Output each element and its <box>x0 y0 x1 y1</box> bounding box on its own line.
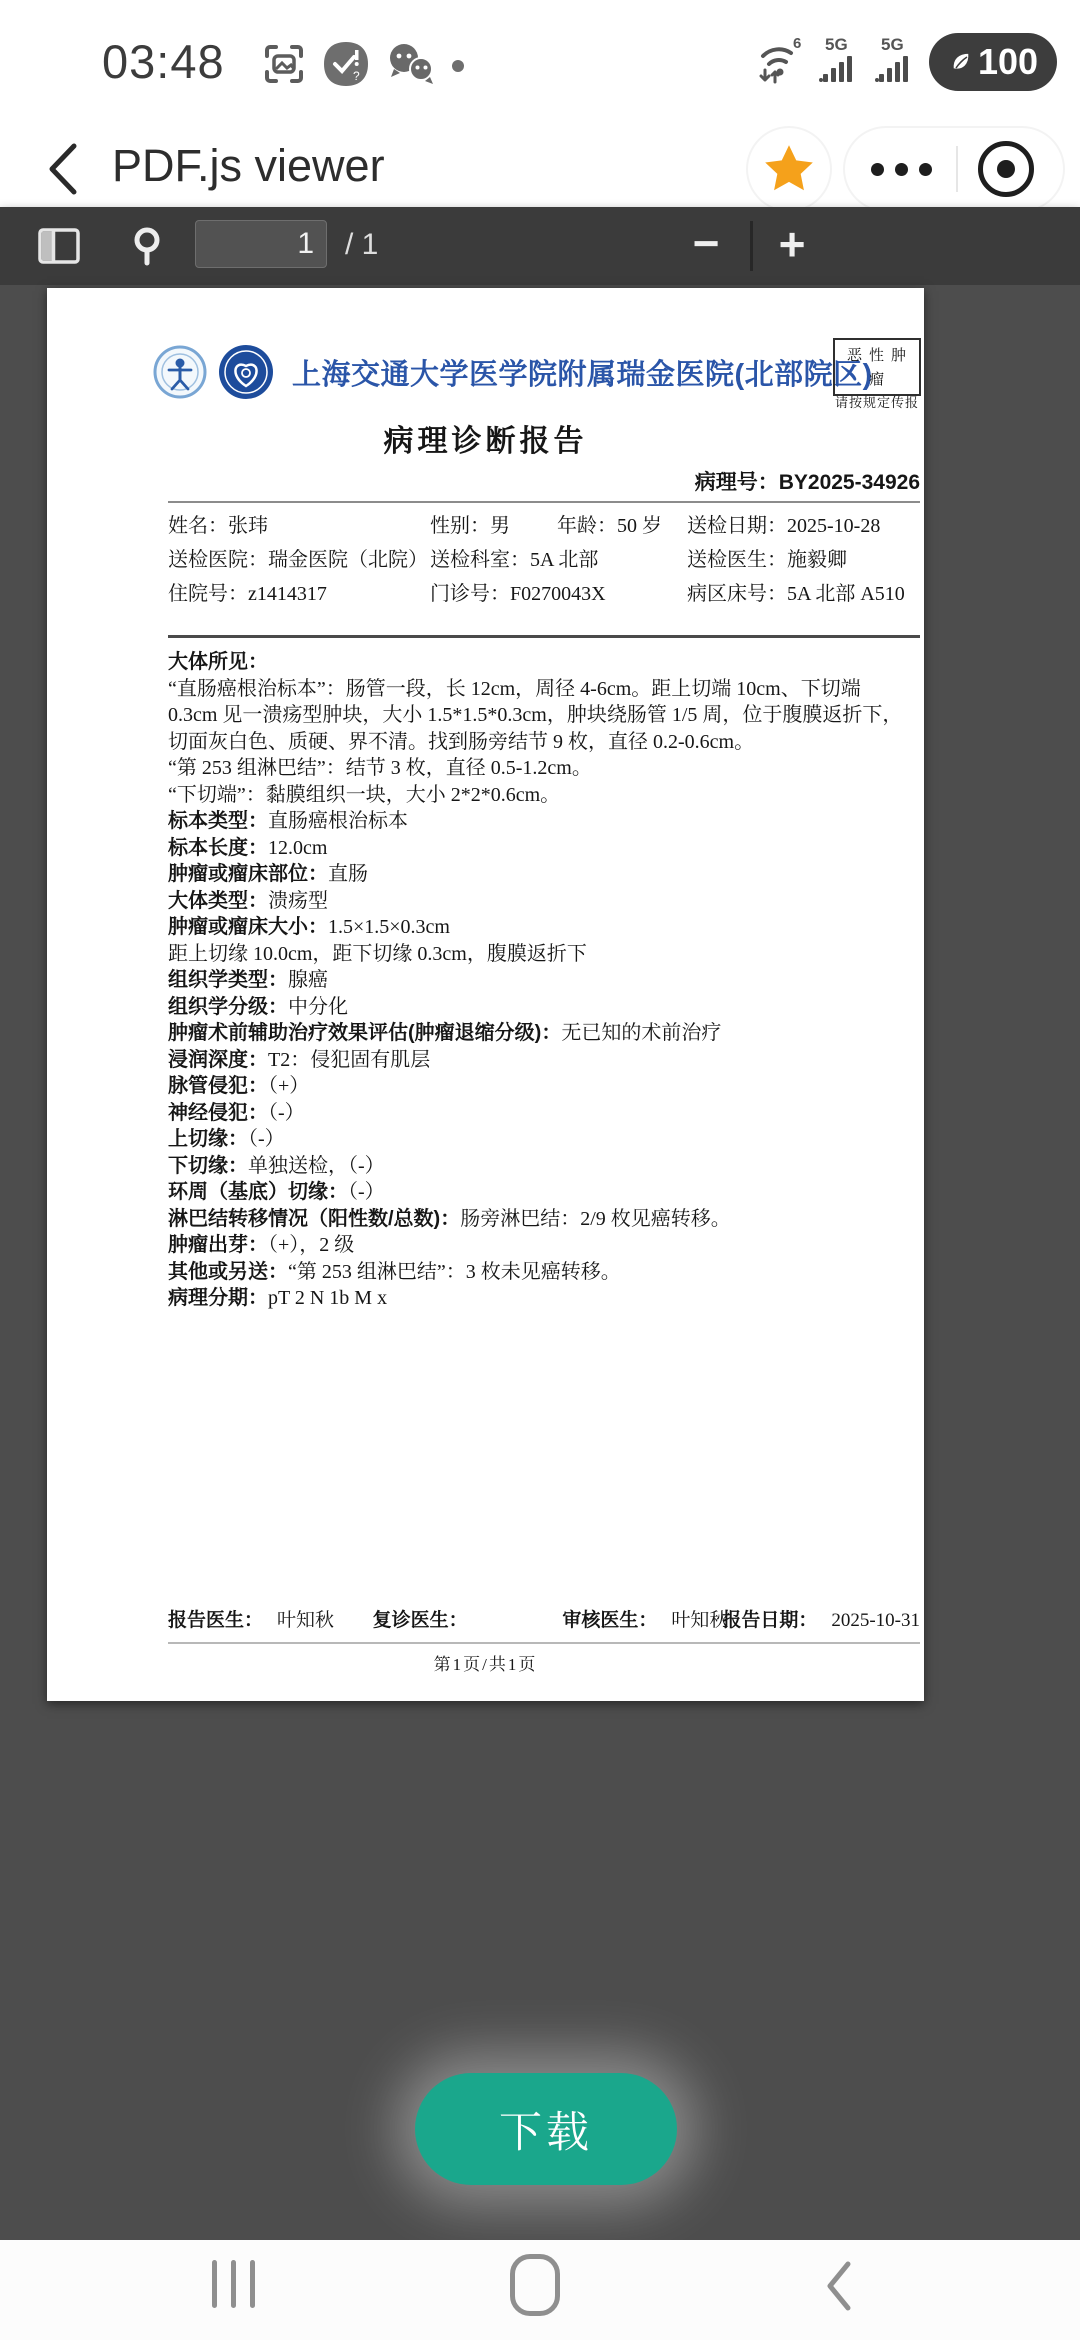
cellular-5g-icon-2: 5G <box>873 34 917 91</box>
notice-line1: 恶性肿瘤 <box>841 344 919 392</box>
info-cell: 送检日期：2025-10-28 <box>687 509 880 543</box>
status-system-icons: 6 5G 5G 100 <box>753 32 1057 92</box>
report-line: “下切端”：黏膜组织一块，大小 2*2*0.6cm。 <box>168 782 924 809</box>
browser-menu-pill <box>845 128 1063 210</box>
pdf-viewer-area[interactable]: 上海交通大学医学院附属瑞金医院(北部院区) 恶性肿瘤 请按规定传报 病理诊断报告… <box>0 285 1080 2240</box>
report-line: 浸润深度：T2：侵犯固有肌层 <box>168 1047 924 1074</box>
favorite-button[interactable] <box>748 128 830 210</box>
signature-cell: 报告日期：2025-10-31 <box>722 1606 920 1636</box>
report-title: 病理诊断报告 <box>47 416 924 460</box>
page-number-input[interactable] <box>195 220 327 268</box>
report-line: 神经侵犯：（-） <box>168 1100 924 1127</box>
divider <box>168 501 920 503</box>
report-page: 上海交通大学医学院附属瑞金医院(北部院区) 恶性肿瘤 请按规定传报 病理诊断报告… <box>47 288 924 1701</box>
report-line: 切面灰白色、质硬、界不清。找到肠旁结节 9 枚，直径 0.2-0.6cm。 <box>168 729 924 756</box>
zoom-out-button[interactable]: − <box>676 207 736 285</box>
more-menu-button[interactable] <box>871 163 932 176</box>
download-label: 下载 <box>499 2099 593 2160</box>
report-line: 上切缘：（-） <box>168 1126 924 1153</box>
info-cell: 性别：男 <box>430 509 557 543</box>
report-line: 组织学分级：中分化 <box>168 994 924 1021</box>
malignancy-notice-box: 恶性肿瘤 请按规定传报 <box>833 338 921 396</box>
browser-header: PDF.js viewer <box>0 130 1080 207</box>
signature-cell: 复诊医生： <box>373 1606 563 1636</box>
report-line: 距上切缘 10.0cm，距下切缘 0.3cm，腹膜返折下 <box>168 941 924 968</box>
info-row: 姓名：张玮性别：男年龄：50 岁送检日期：2025-10-28 <box>168 509 924 543</box>
info-cell: 送检医院：瑞金医院（北院） <box>168 543 430 577</box>
wechat-icon <box>386 41 436 92</box>
report-line: 标本类型：直肠癌根治标本 <box>168 808 924 835</box>
toolbar-divider <box>750 221 753 271</box>
recents-button[interactable] <box>212 2260 255 2308</box>
status-notification-icons: ? <box>262 40 464 92</box>
report-line: 脉管侵犯：（+） <box>168 1073 924 1100</box>
clock: 03:48 <box>102 34 225 89</box>
report-line: 淋巴结转移情况（阳性数/总数)：肠旁淋巴结：2/9 枚见癌转移。 <box>168 1206 924 1233</box>
report-line: 肿瘤或瘤床大小：1.5×1.5×0.3cm <box>168 914 924 941</box>
battery-indicator: 100 <box>929 33 1057 91</box>
info-cell: 年龄：50 岁 <box>557 509 687 543</box>
zoom-in-button[interactable]: + <box>762 207 822 285</box>
info-cell: 姓名：张玮 <box>168 509 430 543</box>
info-cell: 病区床号：5A 北部 A510 <box>687 577 905 611</box>
info-cell: 送检科室：5A 北部 <box>430 543 687 577</box>
wifi-icon: 6 <box>753 34 805 91</box>
info-cell: 送检医生：施毅卿 <box>687 543 847 577</box>
notification-dot <box>452 60 464 72</box>
star-icon <box>761 141 817 197</box>
report-line: 0.3cm 见一溃疡型肿块，大小 1.5*1.5*0.3cm，肿块绕肠管 1/5… <box>168 702 924 729</box>
page-title: PDF.js viewer <box>112 130 385 207</box>
download-button[interactable]: 下载 <box>415 2073 677 2185</box>
patient-info: 姓名：张玮性别：男年龄：50 岁送检日期：2025-10-28 送检医院：瑞金医… <box>168 509 924 611</box>
report-line: 其他或另送：“第 253 组淋巴结”：3 枚未见癌转移。 <box>168 1259 924 1286</box>
page-indicator: 第1页/共1页 <box>47 1650 924 1675</box>
battery-percent: 100 <box>978 41 1038 83</box>
svg-text:?: ? <box>353 69 360 83</box>
back-button[interactable] <box>40 138 92 205</box>
hospital-name: 上海交通大学医学院附属瑞金医院(北部院区) <box>292 352 873 393</box>
signature-cell: 报告医生：叶知秋 <box>168 1606 373 1636</box>
pdfjs-toolbar: / 1 − + <box>0 207 1080 287</box>
sidebar-toggle-button[interactable] <box>38 228 80 269</box>
report-line: 大体所见： <box>168 649 924 676</box>
notice-line2: 请按规定传报 <box>835 392 919 414</box>
report-line: 肿瘤或瘤床部位：直肠 <box>168 861 924 888</box>
divider <box>168 635 920 638</box>
task-check-icon: ? <box>322 40 370 93</box>
screenshot-icon <box>262 42 306 91</box>
report-line: “直肠癌根治标本”：肠管一段，长 12cm，周径 4-6cm。距上切端 10cm… <box>168 676 924 703</box>
svg-text:5G: 5G <box>881 35 904 54</box>
report-line: 组织学类型：腺癌 <box>168 967 924 994</box>
report-line: 标本长度：12.0cm <box>168 835 924 862</box>
doctor-signature-row: 报告医生：叶知秋复诊医生：审核医生：叶知秋报告日期：2025-10-31 <box>168 1606 920 1636</box>
home-button[interactable] <box>510 2254 560 2316</box>
university-seal-icon <box>152 344 208 405</box>
signature-cell: 审核医生：叶知秋 <box>562 1606 722 1636</box>
status-bar: 03:48 ? <box>0 0 1080 130</box>
info-cell: 门诊号：F0270043X <box>430 577 687 611</box>
report-line: 病理分期：pT 2 N 1b M x <box>168 1285 924 1312</box>
cellular-5g-icon-1: 5G <box>817 34 861 91</box>
report-line: “第 253 组淋巴结”：结节 3 枚，直径 0.5-1.2cm。 <box>168 755 924 782</box>
hospital-logo-icon <box>216 342 276 407</box>
report-line: 大体类型：溃疡型 <box>168 888 924 915</box>
page-count-label: / 1 <box>345 207 378 285</box>
report-line: 肿瘤术前辅助治疗效果评估(肿瘤退缩分级)：无已知的术前治疗 <box>168 1020 924 1047</box>
wifi6-label: 6 <box>793 35 801 52</box>
report-footer: 报告医生：叶知秋复诊医生：审核医生：叶知秋报告日期：2025-10-31 <box>168 1606 920 1636</box>
divider <box>168 1642 920 1644</box>
android-nav-bar <box>0 2240 1080 2340</box>
report-line: 下切缘：单独送检，（-） <box>168 1153 924 1180</box>
pathology-number: 病理号：BY2025-34926 <box>168 466 920 496</box>
search-icon[interactable] <box>128 226 166 271</box>
report-body: 大体所见：“直肠癌根治标本”：肠管一段，长 12cm，周径 4-6cm。距上切端… <box>168 649 924 1312</box>
report-line: 环周（基底）切缘：（-） <box>168 1179 924 1206</box>
battery-saver-leaf-icon <box>948 49 974 75</box>
pill-divider <box>956 146 958 192</box>
info-cell: 住院号：z1414317 <box>168 577 430 611</box>
nav-back-button[interactable] <box>820 2256 856 2321</box>
info-row: 住院号：z1414317门诊号：F0270043X病区床号：5A 北部 A510 <box>168 577 924 611</box>
close-window-button[interactable] <box>978 141 1034 197</box>
info-row: 送检医院：瑞金医院（北院）送检科室：5A 北部送检医生：施毅卿 <box>168 543 924 577</box>
report-line: 肿瘤出芽：（+），2 级 <box>168 1232 924 1259</box>
svg-text:5G: 5G <box>825 35 848 54</box>
